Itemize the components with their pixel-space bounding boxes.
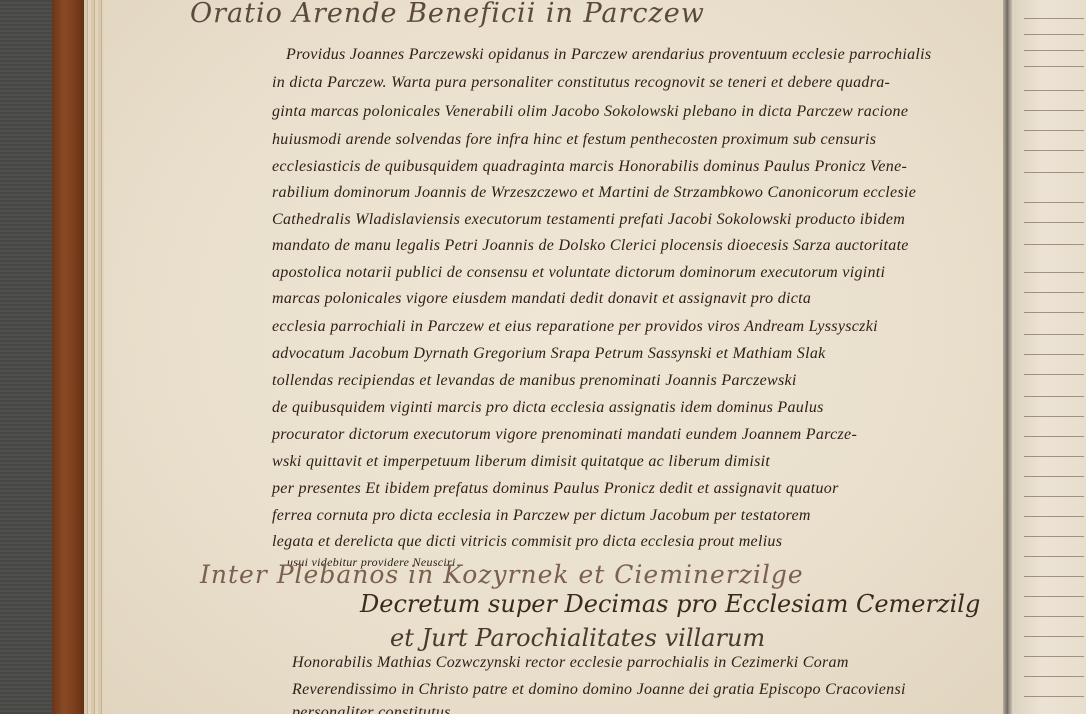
- text-line: Providus Joannes Parczewski opidanus in …: [286, 46, 931, 64]
- text-line: apostolica notarii publici de consensu e…: [272, 264, 885, 282]
- page-edges: [84, 0, 106, 714]
- leather-spine: [52, 0, 86, 714]
- text-line: marcas polonicales vigore eiusdem mandat…: [272, 290, 811, 308]
- text-line: huiusmodi arende solvendas fore infra hi…: [272, 131, 876, 149]
- text-line: ecclesia parrochiali in Parczew et eius …: [272, 318, 878, 336]
- text-line: wski quittavit et imperpetuum liberum di…: [272, 453, 770, 471]
- text-line: de quibusquidem viginti marcis pro dicta…: [272, 399, 824, 417]
- text-line: per presentes Et ibidem prefatus dominus…: [272, 480, 839, 498]
- text-line: tollendas recipiendas et levandas de man…: [272, 372, 797, 390]
- page-heading: Oratio Arende Beneficii in Parczew: [190, 0, 705, 29]
- text-line: legata et derelicta que dicti vitricis c…: [272, 533, 782, 551]
- text-line: advocatum Jacobum Dyrnath Gregorium Srap…: [272, 345, 826, 363]
- text-line: procurator dictorum executorum vigore pr…: [272, 426, 857, 444]
- book-cover-cloth: [0, 0, 56, 714]
- section-subheading-1: Decretum super Decimas pro Ecclesiam Cem…: [360, 590, 980, 618]
- text-line: in dicta Parczew. Warta pura personalite…: [272, 74, 890, 92]
- section-subheading-2: et Jurt Parochialitates villarum: [390, 624, 765, 652]
- text-line: ginta marcas polonicales Venerabili olim…: [272, 103, 908, 121]
- text-line: Cathedralis Wladislaviensis executorum t…: [272, 211, 905, 229]
- text-line: Reverendissimo in Christo patre et domin…: [292, 681, 906, 699]
- margin-heading: Inter Plebanos in Kozyrnek et Cieminerzi…: [200, 560, 804, 589]
- text-line: ferrea cornuta pro dicta ecclesia in Par…: [272, 507, 811, 525]
- text-line: mandato de manu legalis Petri Joannis de…: [272, 237, 909, 255]
- text-line: ecclesiasticis de quibusquidem quadragin…: [272, 158, 907, 176]
- text-line: Honorabilis Mathias Cozwczynski rector e…: [292, 654, 849, 672]
- facing-page: [1012, 0, 1086, 714]
- text-line: rabilium dominorum Joannis de Wrzeszczew…: [272, 184, 916, 202]
- text-line: personaliter constitutus ...: [292, 704, 468, 714]
